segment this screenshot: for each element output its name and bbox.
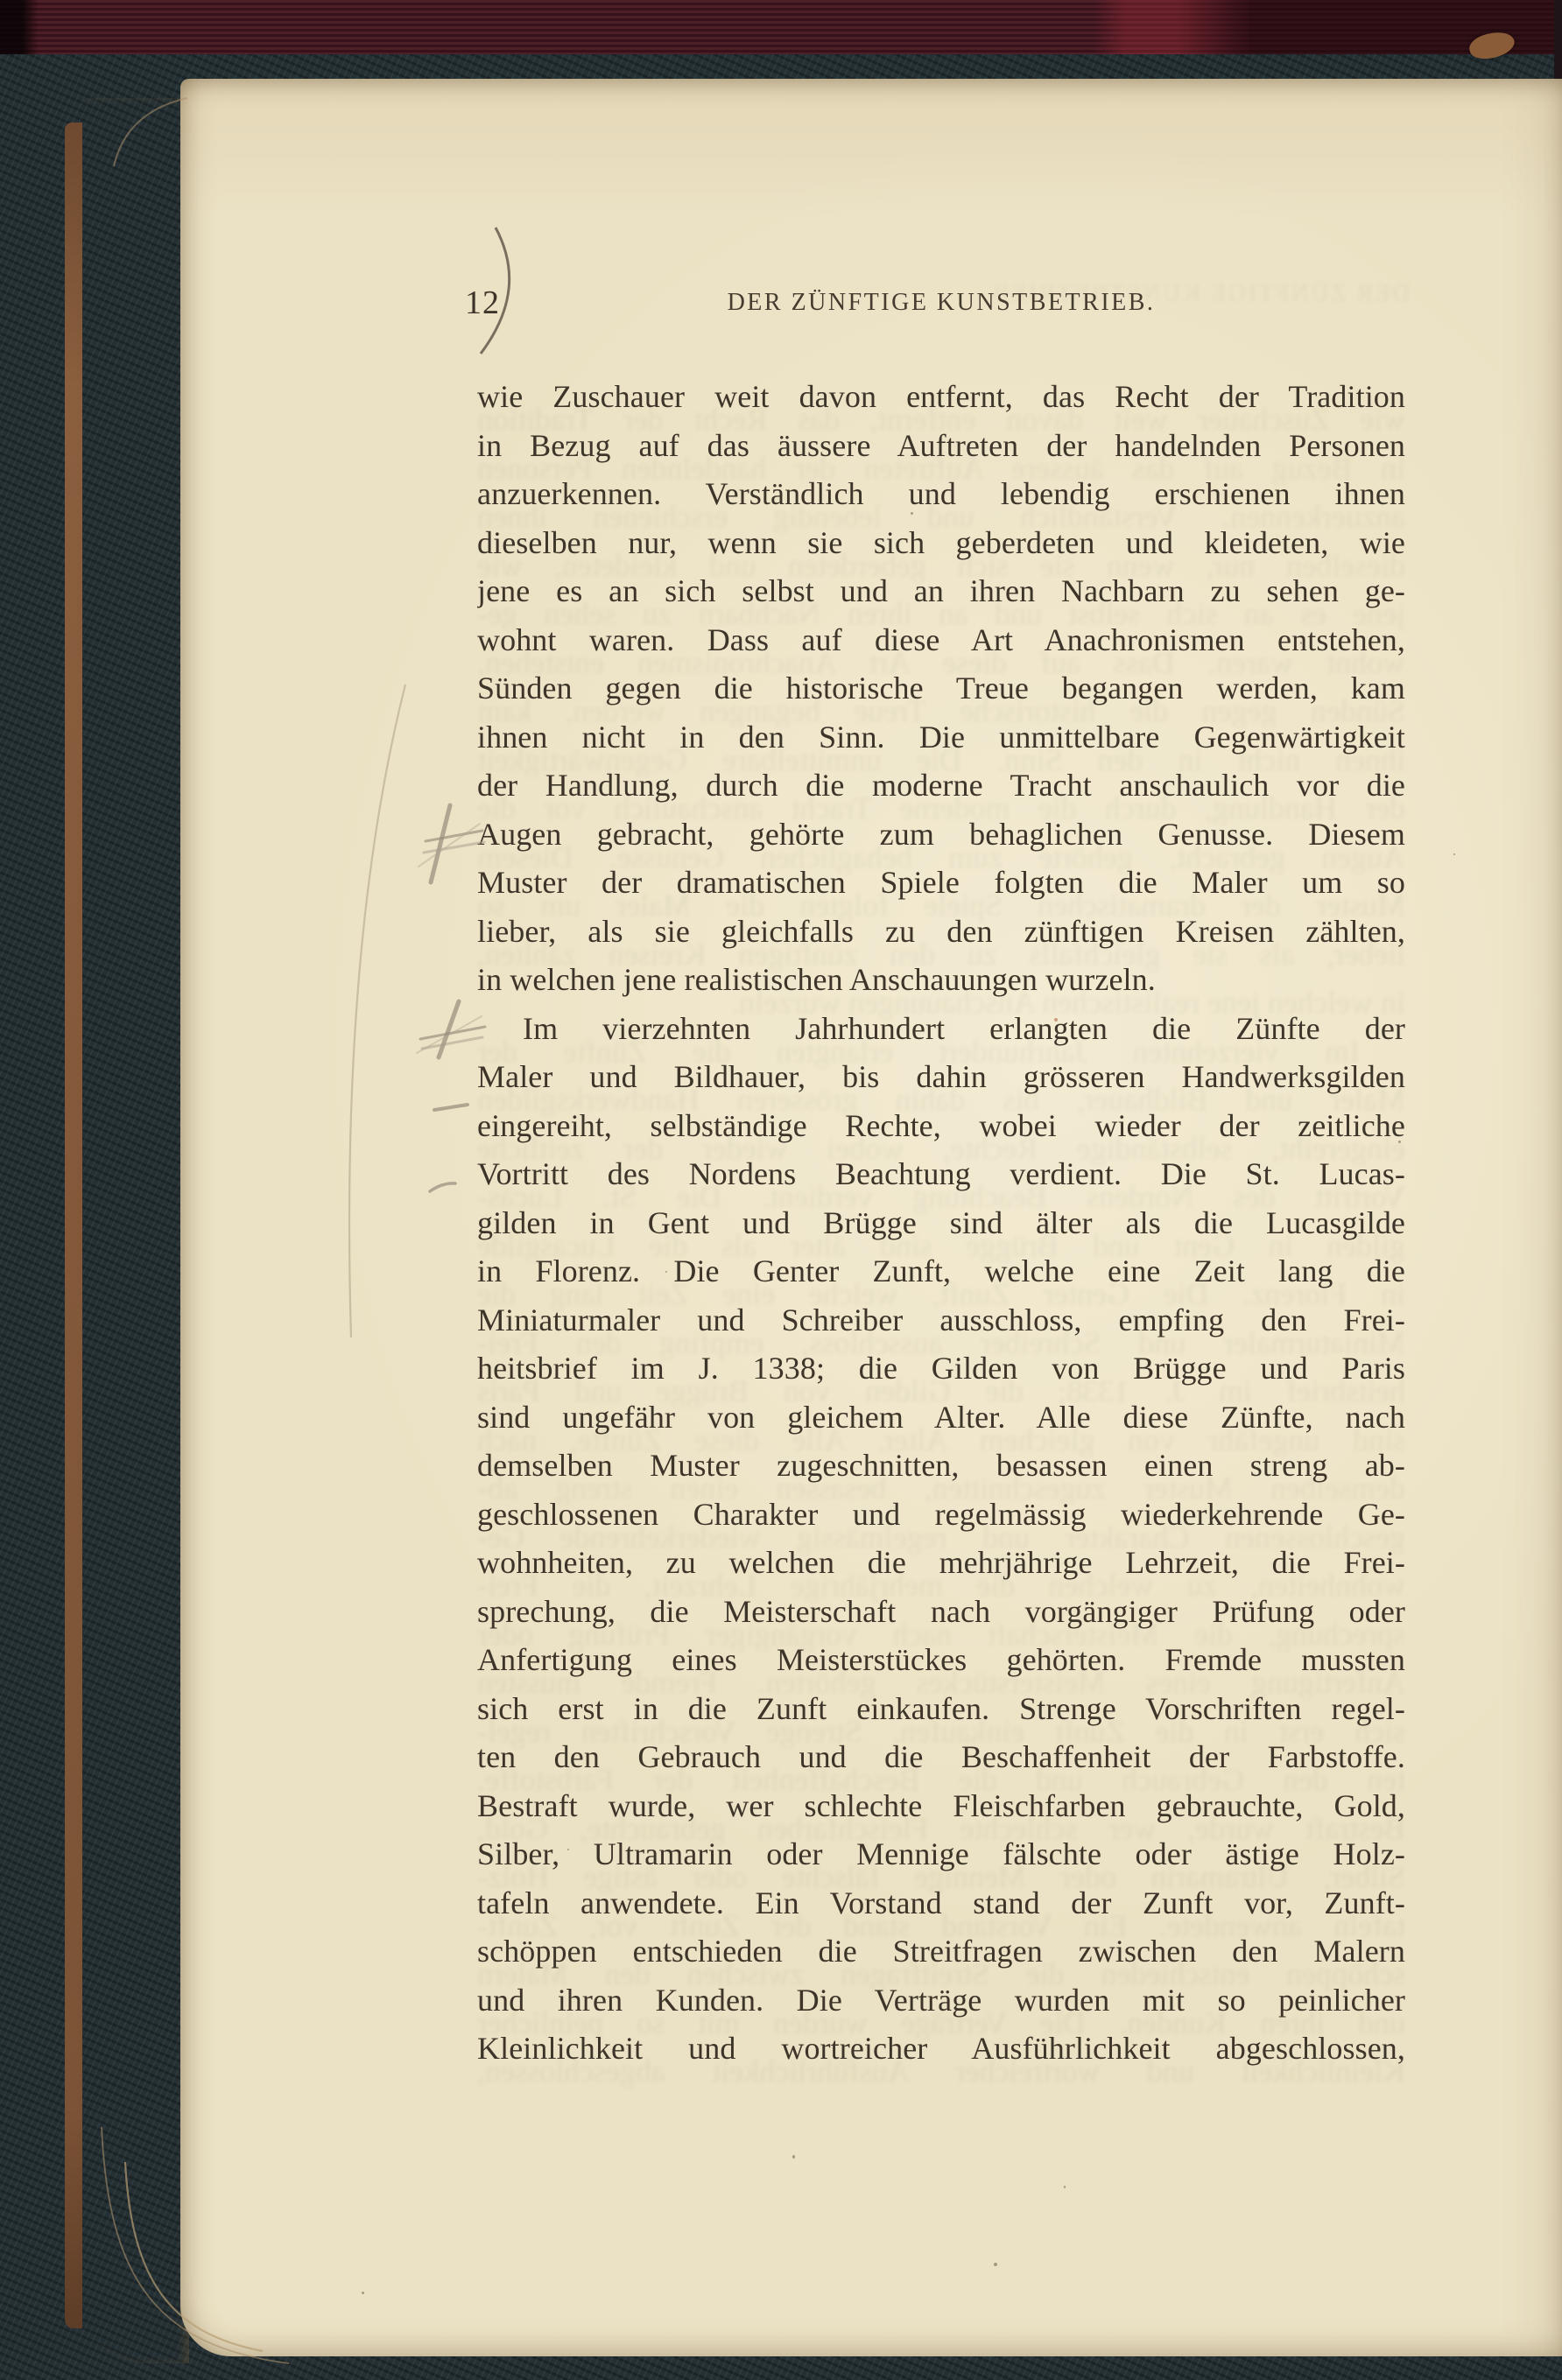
text-line: geschlossenen Charakter und regelmässig … [477,1491,1405,1540]
book-page-photo: DER ZÜNFTIGE KUNSTBETRIEB. wie Zuschauer… [0,0,1562,2380]
text-line: in Florenz. Die Genter Zunft, welche ein… [477,1247,1405,1296]
paper-speck [994,2263,997,2266]
text-line: Bestraft wurde, wer schlechte Fleischfar… [477,1782,1405,1831]
text-line: Maler und Bildhauer, bis dahin grösseren… [477,1053,1405,1102]
text-line: Anfertigung eines Meisterstückes gehörte… [477,1636,1405,1685]
paragraph-1: wie Zuschauer weit davon entfernt, das R… [477,373,1405,1005]
paper-speck [1064,2186,1066,2188]
body-text: wie Zuschauer weit davon entfernt, das R… [477,373,1405,2074]
text-line: Augen gebracht, gehörte zum behaglichen … [477,811,1405,860]
paper-speck [362,2292,364,2294]
text-line: Im vierzehnten Jahrhundert erlangten die… [477,1005,1405,1054]
maroon-backdrop-band [0,0,1562,54]
text-line: schöppen entschieden die Streitfragen zw… [477,1927,1405,1976]
text-line: wie Zuschauer weit davon entfernt, das R… [477,373,1405,422]
text-line: Sünden gegen die historische Treue began… [477,664,1405,713]
paper-speck [911,512,913,515]
paper-speck [567,1849,569,1850]
text-line: lieber, als sie gleichfalls zu den zünft… [477,908,1405,957]
text-line: Kleinlichkeit und wortreicher Ausführlic… [477,2025,1405,2074]
paper-speck [1453,853,1455,855]
paragraph-2: Im vierzehnten Jahrhundert erlangten die… [477,1005,1405,2074]
paper-speck [792,2155,795,2159]
paper-speck [665,1271,667,1273]
text-line: ten den Gebrauch und die Beschaffenheit … [477,1733,1405,1782]
paper-speck [1300,642,1302,644]
text-line: ihnen nicht in den Sinn. Die unmittelbar… [477,713,1405,762]
text-line: und ihren Kunden. Die Verträge wurden mi… [477,1976,1405,2025]
text-line: heitsbrief im J. 1338; die Gilden von Br… [477,1344,1405,1394]
text-line: demselben Muster zugeschnitten, besassen… [477,1442,1405,1491]
paper-speck [1054,1018,1058,1022]
text-line: Miniaturmaler und Schreiber ausschloss, … [477,1296,1405,1345]
text-line: Silber, Ultramarin oder Mennige fälschte… [477,1830,1405,1879]
text-line: in Bezug auf das äussere Auftreten der h… [477,422,1405,471]
text-line: wohnt waren. Dass auf diese Art Anachron… [477,616,1405,665]
page-stack-edges [77,98,189,2363]
text-line: der Handlung, durch die moderne Tracht a… [477,762,1405,811]
text-line: anzuerkennen. Verständlich und lebendig … [477,470,1405,519]
text-line: in welchen jene realistischen Anschauung… [477,956,1405,1005]
text-line: gilden in Gent und Brügge sind älter als… [477,1199,1405,1248]
text-line: wohnheiten, zu welchen die mehrjährige L… [477,1539,1405,1588]
text-line: sich erst in die Zunft einkaufen. Streng… [477,1685,1405,1734]
text-line: Muster der dramatischen Spiele folgten d… [477,859,1405,908]
text-line: sprechung, die Meisterschaft nach vorgän… [477,1588,1405,1637]
text-line: Vortritt des Nordens Beachtung verdient.… [477,1150,1405,1199]
paper-speck [1398,1141,1401,1143]
text-line: sind ungefähr von gleichem Alter. Alle d… [477,1394,1405,1443]
text-line: tafeln anwendete. Ein Vorstand stand der… [477,1879,1405,1928]
book-page: DER ZÜNFTIGE KUNSTBETRIEB. wie Zuschauer… [180,79,1562,2356]
running-title: DER ZÜNFTIGE KUNSTBETRIEB. [477,289,1405,317]
text-line: dieselben nur, wenn sie sich geberdeten … [477,519,1405,568]
text-line: eingereiht, selbständige Rechte, wobei w… [477,1102,1405,1151]
text-line: jene es an sich selbst und an ihren Nach… [477,567,1405,616]
